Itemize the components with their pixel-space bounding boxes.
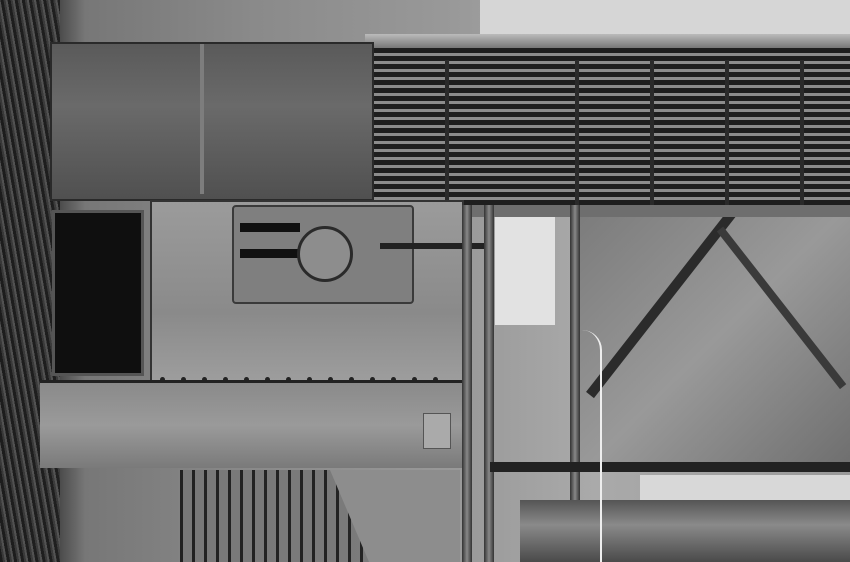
louvre-post xyxy=(800,60,804,215)
rivet xyxy=(244,377,249,382)
rivet xyxy=(223,377,228,382)
rivet xyxy=(349,377,354,382)
steel-duct xyxy=(50,42,374,201)
rivet xyxy=(412,377,417,382)
plate xyxy=(423,413,451,449)
rivet xyxy=(391,377,396,382)
louvre-post xyxy=(725,60,729,215)
rivet xyxy=(202,377,207,382)
louvre-post xyxy=(575,60,579,215)
sky-gap xyxy=(495,215,555,325)
sky-top xyxy=(480,0,850,38)
rivet xyxy=(307,377,312,382)
hinge xyxy=(240,214,300,232)
top-rail xyxy=(365,34,850,48)
cylinder-pipe xyxy=(520,500,850,562)
rivet xyxy=(286,377,291,382)
rivet xyxy=(370,377,375,382)
rivet xyxy=(433,377,438,382)
louvre-post xyxy=(445,60,449,215)
lower-beam xyxy=(40,380,465,468)
louvre-post xyxy=(650,60,654,215)
rivet xyxy=(181,377,186,382)
floor-beam xyxy=(490,462,850,472)
industrial-photo xyxy=(0,0,850,562)
latch-bar xyxy=(380,243,490,249)
porthole xyxy=(297,226,353,282)
rivet xyxy=(328,377,333,382)
duct-seam xyxy=(200,44,204,194)
louvre-vent xyxy=(368,48,850,208)
vertical-pipe xyxy=(484,205,494,562)
rivet xyxy=(265,377,270,382)
rivet xyxy=(160,377,165,382)
vertical-pipe xyxy=(462,205,472,562)
cable xyxy=(580,330,602,562)
dark-opening xyxy=(52,210,144,376)
hinge xyxy=(240,240,300,258)
